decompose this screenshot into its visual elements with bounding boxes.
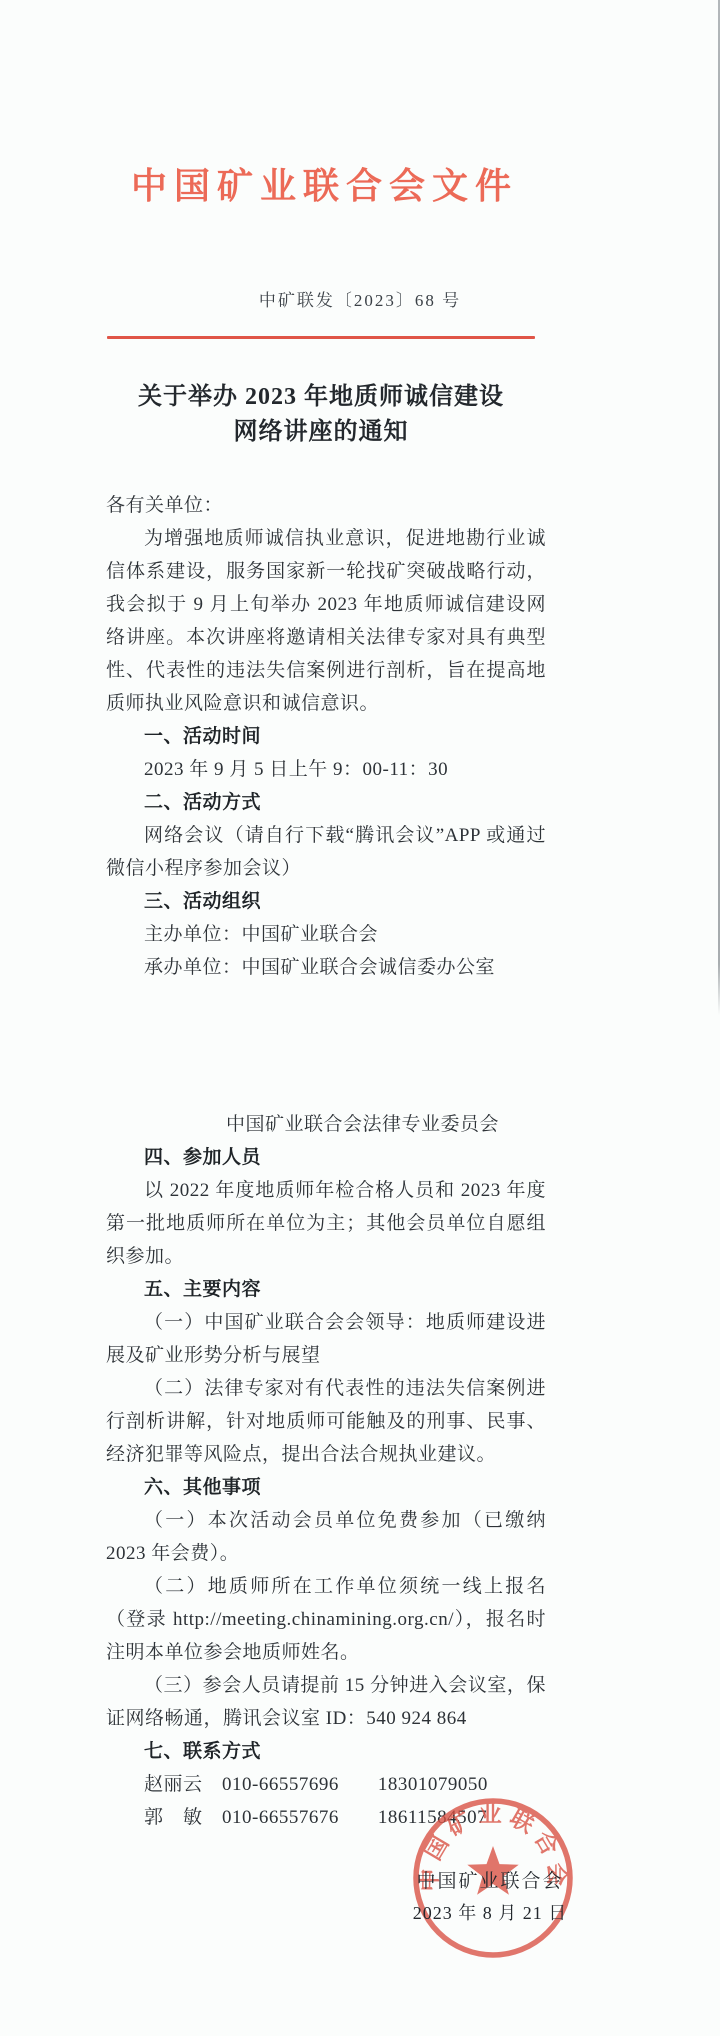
scanned-official-document: 中国矿业联合会文件 中矿联发〔2023〕68 号 关于举办 2023 年地质师诚… bbox=[0, 0, 720, 2036]
red-divider-line bbox=[107, 336, 535, 339]
document-header-title: 中国矿业联合会文件 bbox=[106, 158, 536, 209]
notice-title-line2: 网络讲座的通知 bbox=[106, 415, 536, 450]
paragraph: 承办单位：中国矿业联合会诚信委办公室 bbox=[106, 951, 546, 984]
section-heading: 三、活动组织 bbox=[106, 885, 546, 918]
paragraph: 以 2022 年度地质师年检合格人员和 2023 年度第一批地质师所在单位为主；… bbox=[106, 1174, 546, 1273]
co-organizer-continuation: 中国矿业联合会法律专业委员会 bbox=[106, 1108, 546, 1141]
section-heading: 一、活动时间 bbox=[106, 720, 546, 753]
document-number: 中矿联发〔2023〕68 号 bbox=[0, 286, 720, 311]
section-heading: 六、其他事项 bbox=[106, 1471, 546, 1504]
page1-body: 各有关单位：为增强地质师诚信执业意识，促进地勘行业诚信体系建设，服务国家新一轮找… bbox=[106, 489, 546, 984]
paragraph: （三）参会人员请提前 15 分钟进入会议室，保证网络畅通，腾讯会议室 ID：54… bbox=[106, 1669, 546, 1735]
paragraph: 为增强地质师诚信执业意识，促进地勘行业诚信体系建设，服务国家新一轮找矿突破战略行… bbox=[106, 522, 546, 720]
paragraph: （二）地质师所在工作单位须统一线上报名（登录 http://meeting.ch… bbox=[106, 1570, 546, 1669]
paragraph: 网络会议（请自行下载“腾讯会议”APP 或通过微信小程序参加会议） bbox=[106, 819, 546, 885]
signature-date: 2023 年 8 月 21 日 bbox=[400, 1899, 580, 1925]
section-heading: 二、活动方式 bbox=[106, 786, 546, 819]
notice-title: 关于举办 2023 年地质师诚信建设 网络讲座的通知 bbox=[106, 380, 536, 450]
section-heading: 四、参加人员 bbox=[106, 1141, 546, 1174]
paragraph: 2023 年 9 月 5 日上午 9：00-11：30 bbox=[106, 753, 546, 786]
section-heading: 七、联系方式 bbox=[106, 1735, 546, 1768]
paragraph: （一）中国矿业联合会会领导：地质师建设进展及矿业形势分析与展望 bbox=[106, 1306, 546, 1372]
paragraph: 主办单位：中国矿业联合会 bbox=[106, 918, 546, 951]
paragraph: （二）法律专家对有代表性的违法失信案例进行剖析讲解，针对地质师可能触及的刑事、民… bbox=[106, 1372, 546, 1471]
paragraph: 各有关单位： bbox=[106, 489, 546, 522]
signature-organization: 中国矿业联合会 bbox=[400, 1866, 580, 1893]
page2-body: 四、参加人员以 2022 年度地质师年检合格人员和 2023 年度第一批地质师所… bbox=[106, 1141, 546, 1834]
section-heading: 五、主要内容 bbox=[106, 1273, 546, 1306]
notice-title-line1: 关于举办 2023 年地质师诚信建设 bbox=[106, 380, 536, 415]
paragraph: （一）本次活动会员单位免费参加（已缴纳 2023 年会费）。 bbox=[106, 1504, 546, 1570]
